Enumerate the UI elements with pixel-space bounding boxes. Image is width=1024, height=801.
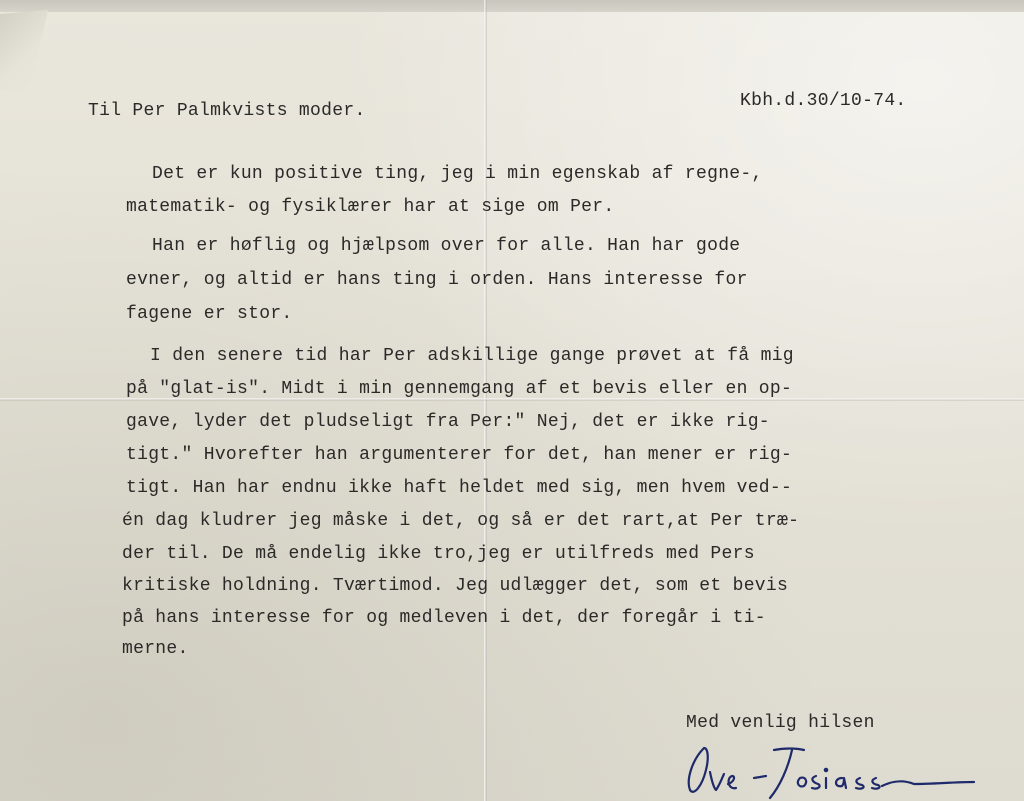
paragraph-1-line-2: matematik- og fysiklærer har at sige om …	[126, 196, 614, 218]
paragraph-2-line-3: fagene er stor.	[126, 303, 293, 325]
paragraph-3-line-7: der til. De må endelig ikke tro,jeg er u…	[122, 543, 755, 565]
paragraph-3-line-4: tigt." Hvorefter han argumenterer for de…	[126, 444, 792, 466]
paragraph-3-line-9: på hans interesse for og medleven i det,…	[122, 607, 766, 629]
paragraph-2-line-2: evner, og altid er hans ting i orden. Ha…	[126, 269, 748, 291]
closing-line: Med venlig hilsen	[686, 712, 875, 734]
paragraph-3-line-10: merne.	[122, 638, 189, 660]
paragraph-3-line-1: I den senere tid har Per adskillige gang…	[150, 345, 794, 367]
paragraph-3-line-6: én dag kludrer jeg måske i det, og så er…	[122, 510, 799, 532]
paragraph-3-line-8: kritiske holdning. Tværtimod. Jeg udlægg…	[122, 575, 788, 597]
paragraph-3-line-2: på "glat-is". Midt i min gennemgang af e…	[126, 378, 792, 400]
place-date: Kbh.d.30/10-74.	[740, 90, 907, 112]
handwritten-signature: Ove Josiassen	[684, 740, 984, 800]
paragraph-3-line-3: gave, lyder det pludseligt fra Per:" Nej…	[126, 411, 770, 433]
background-edge	[0, 0, 1024, 12]
paragraph-1-line-1: Det er kun positive ting, jeg i min egen…	[152, 163, 763, 185]
paragraph-3-line-5: tigt. Han har endnu ikke haft heldet med…	[126, 477, 792, 499]
paragraph-2-line-1: Han er høflig og hjælpsom over for alle.…	[152, 235, 740, 257]
recipient-line: Til Per Palmkvists moder.	[88, 100, 366, 122]
